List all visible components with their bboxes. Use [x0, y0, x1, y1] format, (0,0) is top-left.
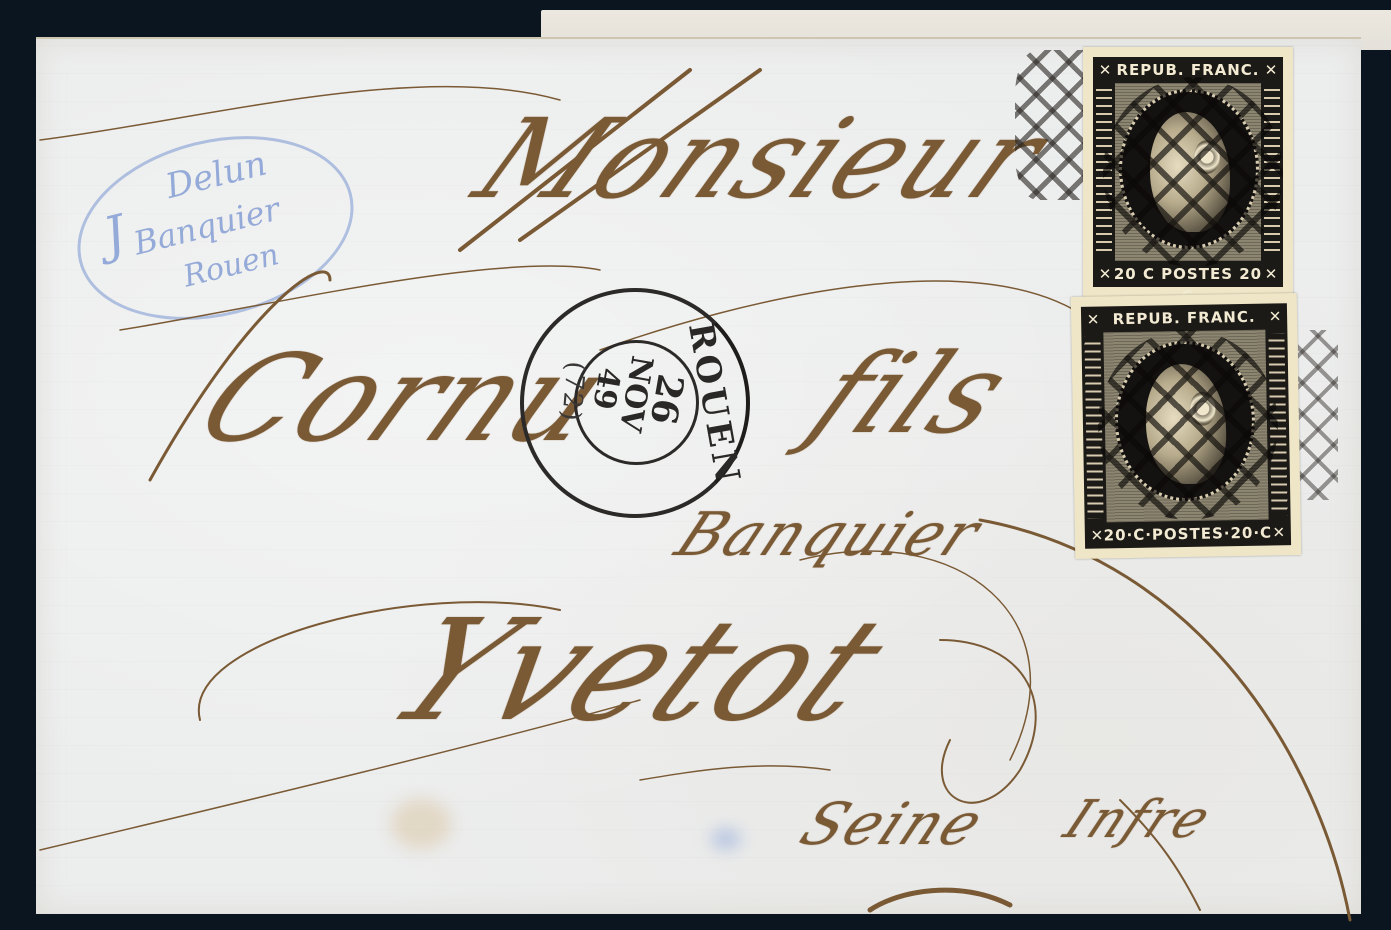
ceres-stamp-top: ✕ ✕ ✕ ✕ REPUB. FRANC. 20 C POSTES 20 C	[1083, 47, 1293, 297]
address-town: Yvetot	[360, 590, 917, 753]
foxing-stain	[391, 799, 451, 849]
postmark-office-code: (72)	[555, 360, 590, 424]
ceres-stamp-bottom: ✕ ✕ ✕ ✕ REPUB. FRANC. 20·C·POSTES·20·C	[1071, 293, 1302, 559]
stamp-country-text: REPUB. FRANC.	[1097, 305, 1271, 330]
grille-cancel	[1103, 77, 1283, 267]
ink-blot	[711, 829, 741, 849]
stamp-value-text: 20·C·POSTES·20·C	[1101, 521, 1275, 546]
postmark-date: 26 NOV 49	[581, 332, 693, 457]
grid-cancel-mark	[1015, 50, 1090, 200]
address-department-1: Seine	[790, 790, 996, 858]
sender-initial: J	[98, 204, 131, 265]
address-department-2: Infre	[1055, 790, 1222, 850]
address-salutation: Monsieur	[455, 95, 1069, 223]
rouen-postmark: ROUEN 26 NOV 49 (72)	[520, 288, 750, 518]
grid-cancel-mark	[1298, 330, 1338, 500]
address-occupation: Banquier	[665, 500, 993, 570]
